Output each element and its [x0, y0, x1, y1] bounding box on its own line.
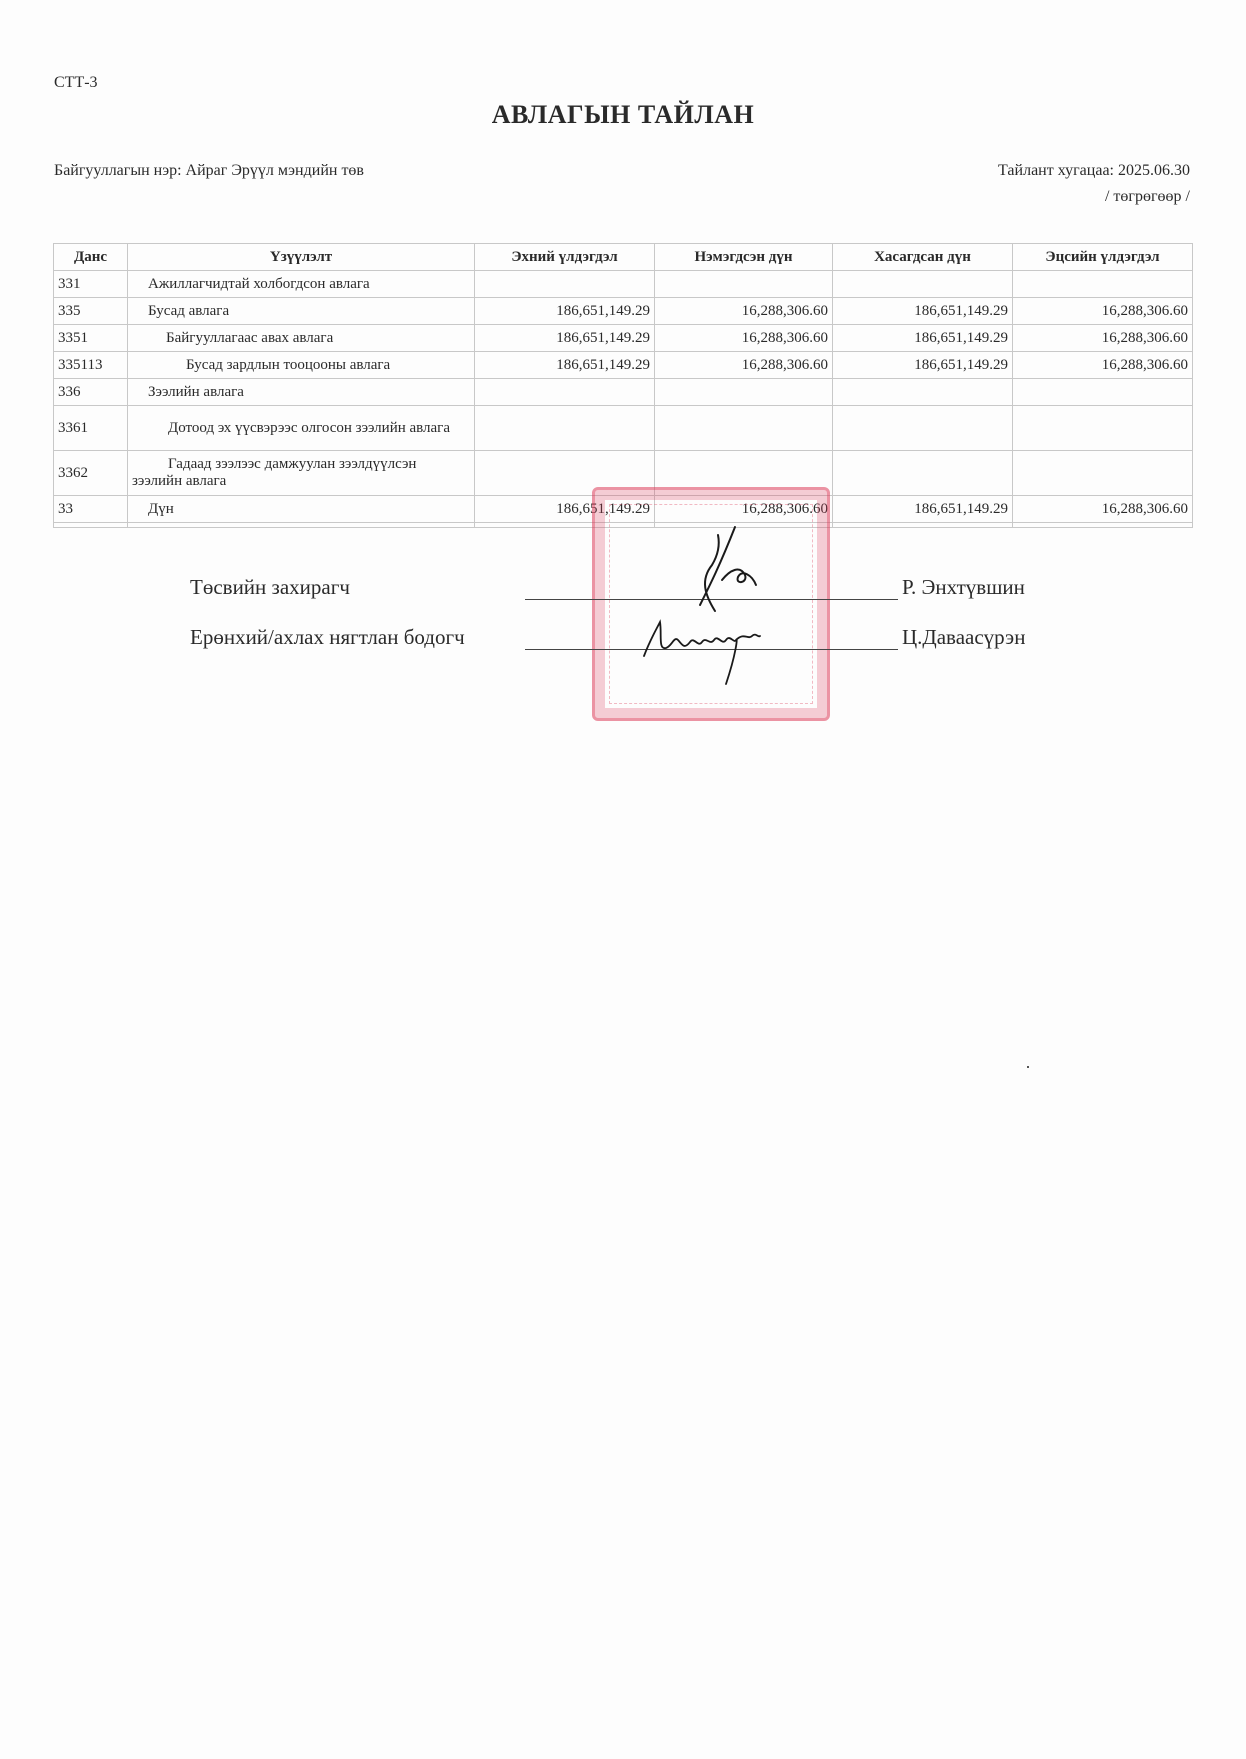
decrease-amount: 186,651,149.29: [833, 352, 1013, 379]
table-row: 335113 Бусад зардлын тооцооны авлага 186…: [54, 352, 1193, 379]
closing-balance: 16,288,306.60: [1013, 298, 1193, 325]
signatory-name: Ц.Даваасүрэн: [902, 625, 1025, 650]
signatory-name: Р. Энхтүвшин: [902, 575, 1025, 600]
table-row: 336 Зээлийн авлага: [54, 379, 1193, 406]
signature-role: Ерөнхий/ахлах нягтлан бодогч: [190, 625, 465, 650]
opening-balance: [475, 406, 655, 451]
header-opening: Эхний үлдэгдэл: [475, 244, 655, 271]
opening-balance: [475, 379, 655, 406]
form-code: СТТ-3: [54, 74, 98, 92]
item-label: Байгууллагаас авах авлага: [128, 325, 475, 352]
header-account: Данс: [54, 244, 128, 271]
table-row: 3351 Байгууллагаас авах авлага 186,651,1…: [54, 325, 1193, 352]
receivables-table: Данс Үзүүлэлт Эхний үлдэгдэл Нэмэгдсэн д…: [53, 243, 1193, 528]
item-label: Дотоод эх үүсвэрээс олгосон зээлийн авла…: [128, 406, 475, 451]
decrease-amount: [833, 406, 1013, 451]
table-header-row: Данс Үзүүлэлт Эхний үлдэгдэл Нэмэгдсэн д…: [54, 244, 1193, 271]
opening-balance: [475, 271, 655, 298]
header-closing: Эцсийн үлдэгдэл: [1013, 244, 1193, 271]
header-increase: Нэмэгдсэн дүн: [655, 244, 833, 271]
item-label: Бусад авлага: [128, 298, 475, 325]
scan-speck: [1027, 1066, 1029, 1068]
decrease-amount: 186,651,149.29: [833, 496, 1013, 523]
account-code: 331: [54, 271, 128, 298]
closing-balance: [1013, 271, 1193, 298]
account-code: 335113: [54, 352, 128, 379]
signature-scribble-1: [660, 525, 790, 615]
decrease-amount: 186,651,149.29: [833, 298, 1013, 325]
opening-balance: 186,651,149.29: [475, 298, 655, 325]
item-label: Бусад зардлын тооцооны авлага: [128, 352, 475, 379]
increase-amount: [655, 271, 833, 298]
table-row: 335 Бусад авлага 186,651,149.29 16,288,3…: [54, 298, 1193, 325]
account-code: 3351: [54, 325, 128, 352]
increase-amount: 16,288,306.60: [655, 298, 833, 325]
closing-balance: [1013, 451, 1193, 496]
item-label: Зээлийн авлага: [128, 379, 475, 406]
item-label: Дүн: [128, 496, 475, 523]
decrease-amount: [833, 379, 1013, 406]
opening-balance: 186,651,149.29: [475, 352, 655, 379]
closing-balance: 16,288,306.60: [1013, 325, 1193, 352]
account-code: 33: [54, 496, 128, 523]
item-label: Ажиллагчидтай холбогдсон авлага: [128, 271, 475, 298]
decrease-amount: [833, 271, 1013, 298]
table-row: 331 Ажиллагчидтай холбогдсон авлага: [54, 271, 1193, 298]
report-period: Тайлант хугацаа: 2025.06.30: [998, 162, 1190, 180]
report-title: АВЛАГЫН ТАЙЛАН: [0, 100, 1246, 130]
document-page: СТТ-3 АВЛАГЫН ТАЙЛАН Байгууллагын нэр: А…: [0, 0, 1246, 1759]
signature-role: Төсвийн захирагч: [190, 575, 350, 600]
increase-amount: 16,288,306.60: [655, 325, 833, 352]
header-item: Үзүүлэлт: [128, 244, 475, 271]
closing-balance: [1013, 406, 1193, 451]
closing-balance: 16,288,306.60: [1013, 352, 1193, 379]
decrease-amount: 186,651,149.29: [833, 325, 1013, 352]
currency-unit: / төгрөгөөр /: [1105, 188, 1190, 206]
account-code: 3361: [54, 406, 128, 451]
increase-amount: [655, 379, 833, 406]
organization-name: Байгууллагын нэр: Айраг Эрүүл мэндийн тө…: [54, 162, 364, 180]
closing-balance: 16,288,306.60: [1013, 496, 1193, 523]
header-decrease: Хасагдсан дүн: [833, 244, 1013, 271]
account-code: 336: [54, 379, 128, 406]
signature-scribble-2: [640, 610, 780, 690]
increase-amount: [655, 406, 833, 451]
item-label: Гадаад зээлээс дамжуулан зээлдүүлсэн зээ…: [128, 451, 475, 496]
account-code: 3362: [54, 451, 128, 496]
decrease-amount: [833, 451, 1013, 496]
opening-balance: 186,651,149.29: [475, 325, 655, 352]
table-row: 3361 Дотоод эх үүсвэрээс олгосон зээлийн…: [54, 406, 1193, 451]
account-code: 335: [54, 298, 128, 325]
increase-amount: 16,288,306.60: [655, 352, 833, 379]
closing-balance: [1013, 379, 1193, 406]
